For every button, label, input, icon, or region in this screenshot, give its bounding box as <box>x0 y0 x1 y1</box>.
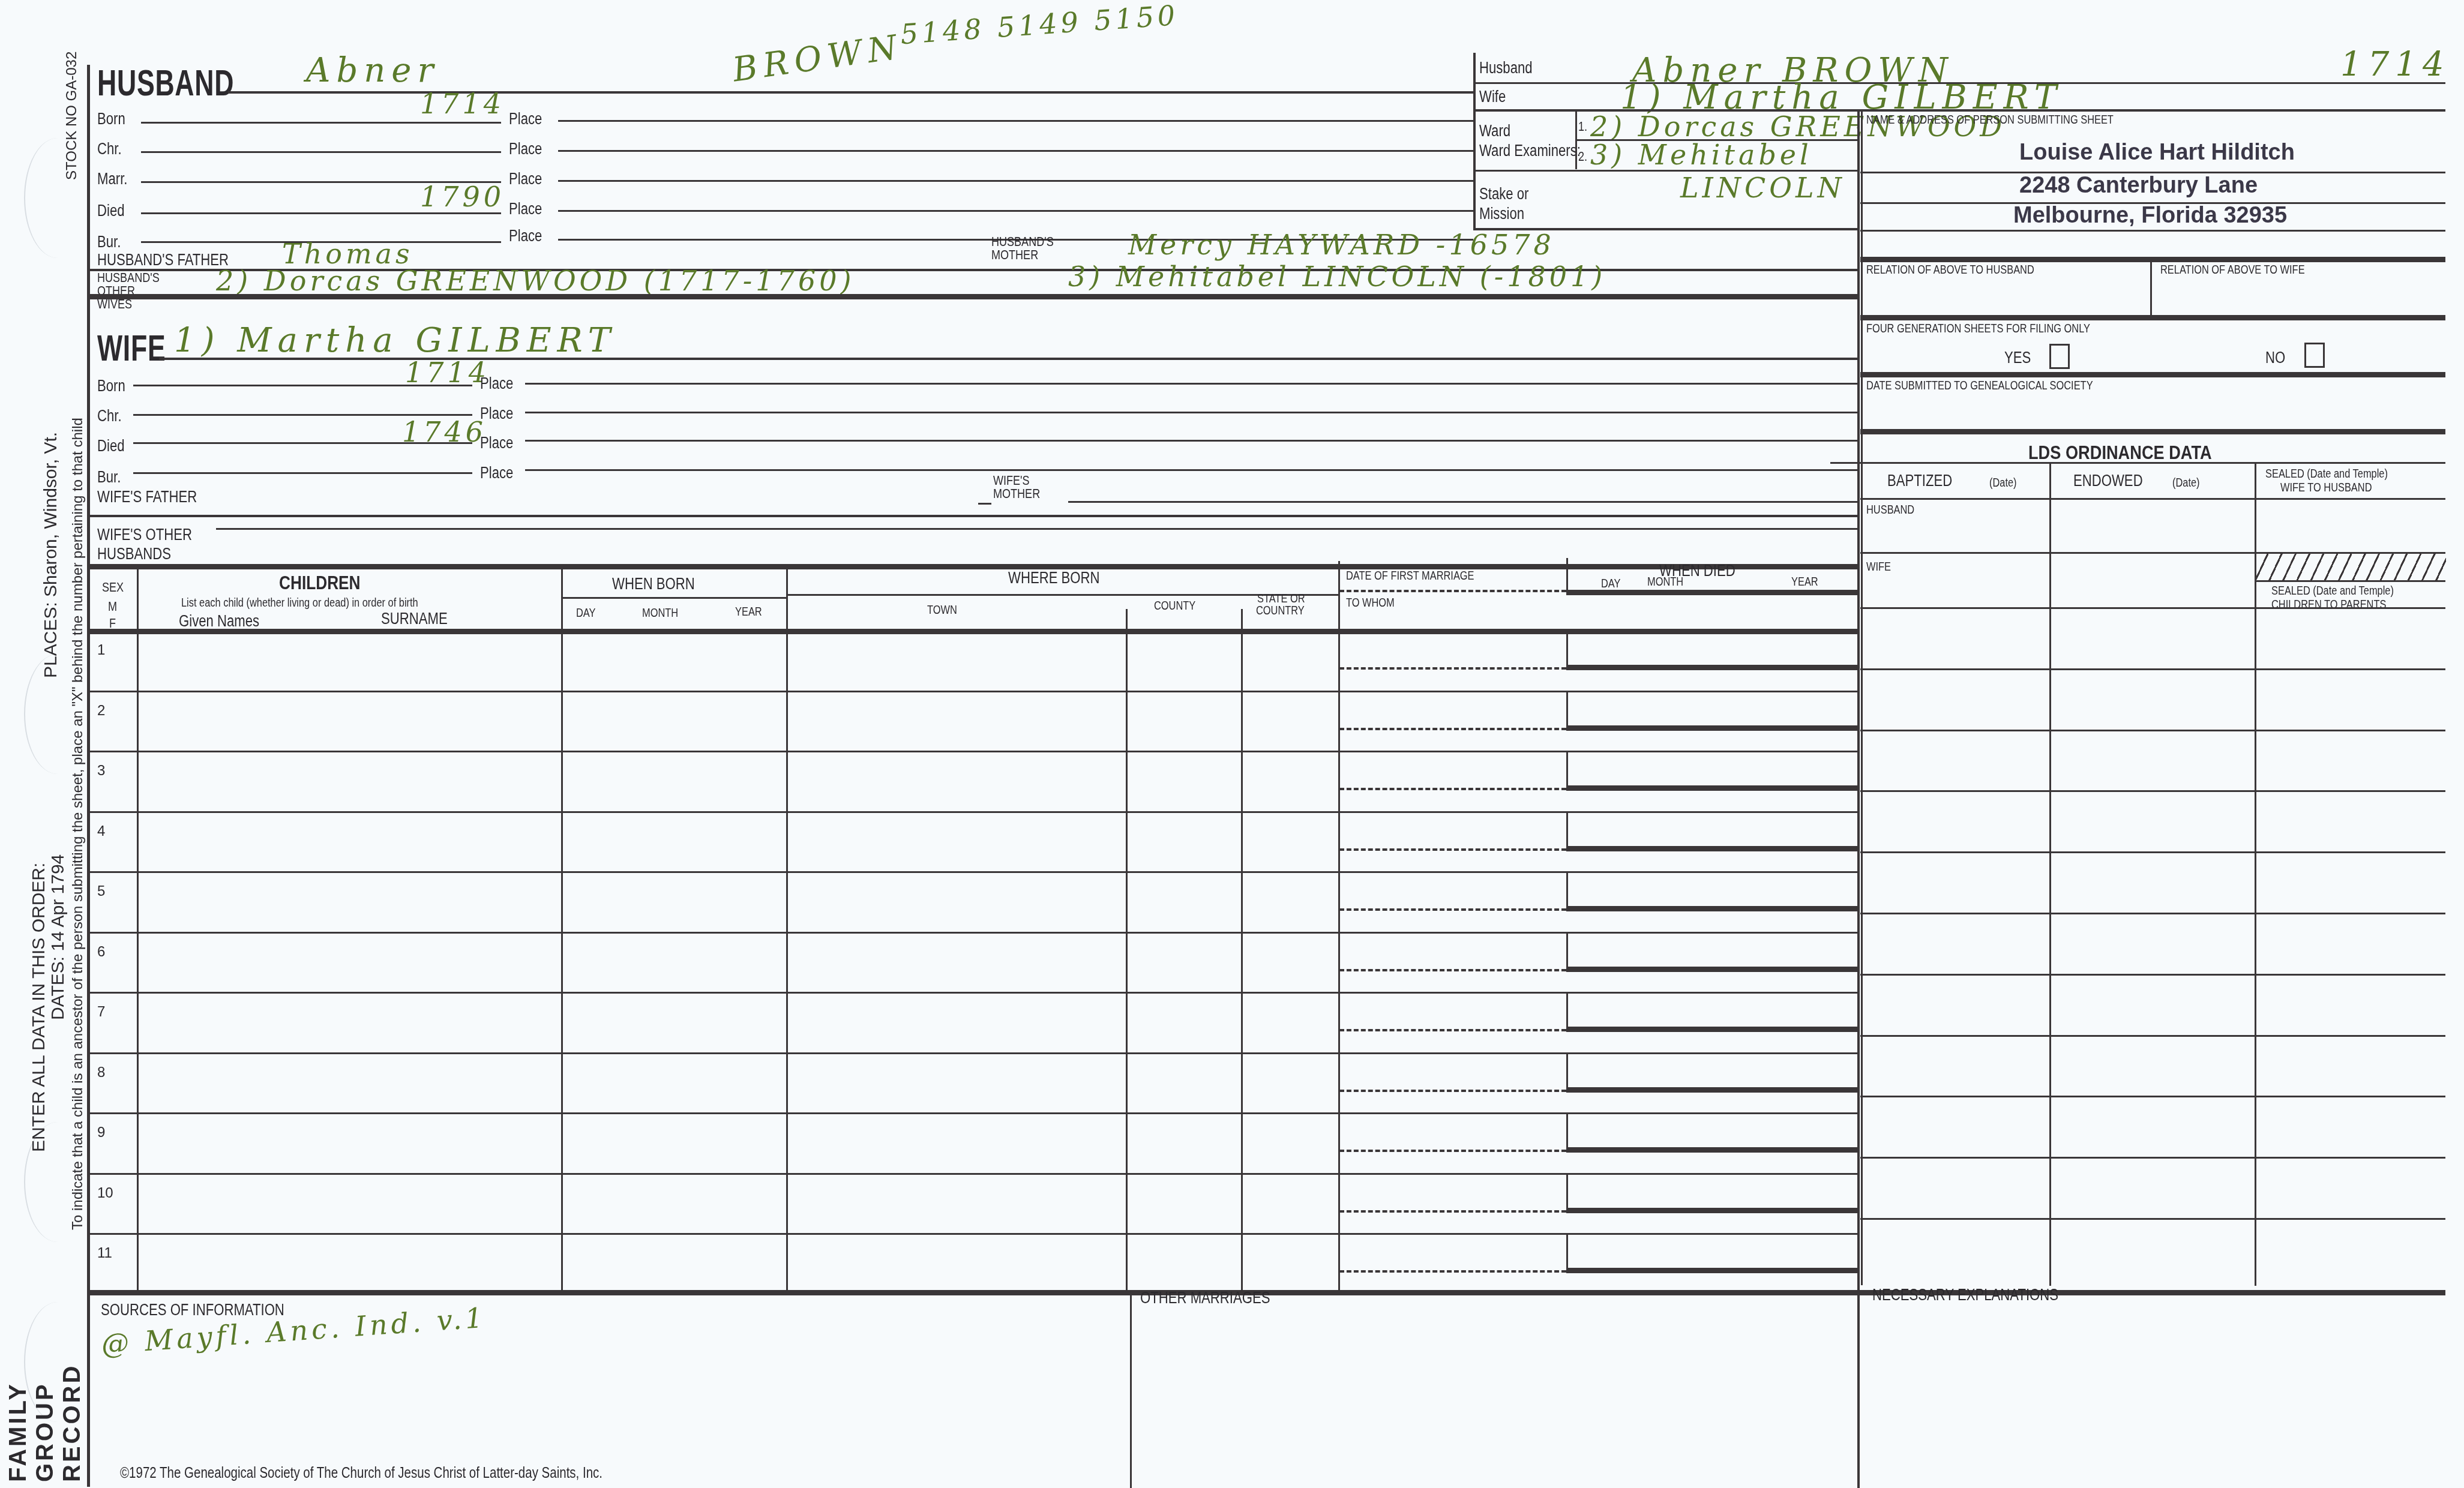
submitter-label: NAME & ADDRESS OF PERSON SUBMITTING SHEE… <box>1866 114 2114 126</box>
died-box-rule <box>1566 1087 1857 1093</box>
rule <box>786 594 1338 596</box>
lds-row-rule <box>1860 730 2445 731</box>
child-row-number: 10 <box>97 1185 113 1202</box>
rule <box>558 210 1473 212</box>
child-row-number: 6 <box>97 944 105 961</box>
husband-mother-label: HUSBAND'S MOTHER <box>991 235 1050 262</box>
rule <box>978 503 991 505</box>
binder-hole <box>24 138 91 258</box>
husband-name-line <box>228 91 1473 94</box>
examiner-2-value[interactable]: 3) Mehitabel <box>1590 141 1812 169</box>
died-box-rule <box>1566 1174 1568 1211</box>
child-name-cell[interactable] <box>138 692 558 749</box>
ward-label: Ward <box>1479 123 1510 139</box>
lds-row-rule <box>1860 1035 2445 1037</box>
child-name-cell[interactable] <box>138 812 558 869</box>
child-name-cell[interactable] <box>138 993 558 1050</box>
child-row-number: 8 <box>97 1064 105 1081</box>
rule <box>1130 1290 1132 1488</box>
sex-m: M <box>108 600 117 613</box>
lds-row-rule <box>1860 974 2445 976</box>
died-box-rule <box>1566 1054 1568 1091</box>
submitter-city[interactable]: Melbourne, Florida 32935 <box>2013 204 2287 227</box>
dates-instruction: DATES: 14 Apr 1794 <box>49 854 67 1020</box>
relation-wife-label: RELATION OF ABOVE TO WIFE <box>2160 264 2305 276</box>
yes-label: YES <box>2004 350 2031 366</box>
right-panel-border <box>1857 109 1860 1488</box>
lds-row-rule <box>1860 607 2445 609</box>
rule <box>1473 53 1476 230</box>
left-border <box>87 65 90 1487</box>
submitter-name[interactable]: Louise Alice Hart Hilditch <box>2019 141 2295 164</box>
husband-heading: HUSBAND <box>97 65 234 102</box>
lds-row-rule <box>1860 851 2445 853</box>
rule <box>1860 462 2445 464</box>
husband-died-date[interactable]: 1790 <box>420 183 505 211</box>
place-label: Place <box>509 228 542 244</box>
rule <box>2049 462 2051 1286</box>
rule <box>87 294 1857 299</box>
husband-bur-label: Bur. <box>97 234 121 250</box>
wife-mother-label: WIFE'S MOTHER <box>993 474 1047 500</box>
sex-f: F <box>109 617 116 630</box>
husband-born-label: Born <box>97 111 125 127</box>
rule <box>1860 230 2445 232</box>
rule <box>525 440 1857 442</box>
ward-wife-label: Wife <box>1479 89 1506 105</box>
lds-row-rule <box>1860 1218 2445 1220</box>
children-subtitle: List each child (whether living or dead)… <box>181 597 418 609</box>
other-marriages-label: OTHER MARRIAGES <box>1140 1290 1270 1306</box>
died-box-rule <box>1566 692 1568 729</box>
right-panel-border <box>1861 109 1863 1285</box>
no-checkbox[interactable] <box>2304 343 2325 368</box>
died-box-rule <box>1566 1234 1568 1271</box>
lds-title: LDS ORDINANCE DATA <box>2028 443 2212 462</box>
marriage-dashed-rule <box>1339 667 1566 670</box>
husband-father-label: HUSBAND'S FATHER <box>97 252 229 268</box>
wife-name[interactable]: 1) Martha GILBERT <box>174 324 616 358</box>
child-name-cell[interactable] <box>138 752 558 809</box>
child-row-number: 11 <box>97 1245 112 1262</box>
died-box-rule <box>1566 665 1857 670</box>
child-name-cell[interactable] <box>138 1114 558 1171</box>
sex-label: SEX <box>102 581 124 594</box>
died-box-rule <box>1566 785 1857 791</box>
husband-mother-value[interactable]: Mercy HAYWARD -16578 <box>1128 231 1555 259</box>
four-generation-label: FOUR GENERATION SHEETS FOR FILING ONLY <box>1866 323 2090 335</box>
child-row-number: 2 <box>97 703 105 719</box>
state-header-2: COUNTRY <box>1256 605 1305 617</box>
rule <box>525 383 1857 385</box>
baptized-date-hint: (Date) <box>1989 477 2017 489</box>
rule <box>1473 228 1857 230</box>
copyright: ©1972 The Genealogical Society of The Ch… <box>120 1466 602 1481</box>
died-box-rule <box>1566 993 1568 1030</box>
died-box-rule <box>1566 812 1568 850</box>
died-box-rule <box>1566 752 1568 789</box>
born-day-header: DAY <box>576 607 596 619</box>
husband-other-wife-3[interactable]: 3) Mehitabel LINCOLN (-1801) <box>1068 263 1606 290</box>
died-month-header: MONTH <box>1647 576 1683 588</box>
died-box-rule <box>1566 1114 1568 1151</box>
places-instruction: PLACES: Sharon, Windsor, Vt. <box>42 432 60 678</box>
rule <box>1860 429 2445 434</box>
died-box-rule <box>1566 872 1568 910</box>
rule <box>141 122 501 124</box>
sealed-wife-husband-1: SEALED (Date and Temple) <box>2265 468 2388 480</box>
ward-examiners-label: Ward Examiners: <box>1479 143 1581 159</box>
dashed-rule <box>1339 590 1566 592</box>
first-marriage-header: DATE OF FIRST MARRIAGE <box>1346 570 1474 582</box>
rule <box>1860 257 2445 262</box>
child-row-number: 5 <box>97 883 105 900</box>
lds-row-rule <box>1860 913 2445 914</box>
wife-born-label: Born <box>97 378 125 394</box>
died-box-rule <box>1566 1027 1857 1032</box>
col-rule <box>1241 609 1243 1290</box>
sources-label: SOURCES OF INFORMATION <box>101 1302 284 1318</box>
submitter-street[interactable]: 2248 Canterbury Lane <box>2019 174 2258 197</box>
rule <box>1830 462 1860 464</box>
died-box-rule <box>1566 846 1857 851</box>
lds-row-rule <box>1860 1096 2445 1097</box>
when-born-header: WHEN BORN <box>612 576 695 592</box>
lds-row-rule <box>1860 1157 2445 1159</box>
sealed-children-parents-1: SEALED (Date and Temple) <box>2271 585 2394 597</box>
marriage-dashed-rule <box>1339 908 1566 911</box>
ward-husband-year[interactable]: 1714 <box>2340 48 2450 82</box>
town-header: TOWN <box>927 604 957 616</box>
date-submitted-label: DATE SUBMITTED TO GENEALOGICAL SOCIETY <box>1866 380 2093 392</box>
wife-died-date[interactable]: 1746 <box>402 418 487 446</box>
form-title-record: RECORD <box>60 1364 84 1482</box>
children-title: CHILDREN <box>279 573 361 592</box>
yes-checkbox[interactable] <box>2049 344 2070 369</box>
rule <box>2150 258 2152 316</box>
marriage-dashed-rule <box>1339 1210 1566 1213</box>
rule <box>558 150 1473 152</box>
form-title-group: GROUP <box>33 1382 57 1482</box>
marriage-dashed-rule <box>1339 788 1566 790</box>
endowed-label: ENDOWED <box>2073 473 2143 489</box>
record-numbers: 5148 5149 5150 <box>900 1 1180 48</box>
place-label: Place <box>509 141 542 157</box>
husband-father-value[interactable]: Thomas <box>282 240 413 268</box>
place-label: Place <box>480 465 513 481</box>
examiner-1-label: 1. <box>1578 120 1587 133</box>
county-header: COUNTY <box>1154 600 1195 612</box>
husband-other-wife-2[interactable]: 2) Dorcas GREENWOOD (1717-1760) <box>216 267 855 295</box>
died-box-rule <box>1566 967 1857 972</box>
examiner-2-label: 2. <box>1578 150 1587 163</box>
rule <box>561 597 786 599</box>
surname-header: SURNAME <box>381 611 448 627</box>
child-name-cell[interactable] <box>138 872 558 929</box>
rule <box>141 151 501 153</box>
wife-other-husbands-label-2: HUSBANDS <box>97 546 171 562</box>
sealed-wife-husband-2: WIFE TO HUSBAND <box>2280 482 2372 494</box>
died-year-header: YEAR <box>1791 576 1818 588</box>
husband-given-name[interactable]: Abner <box>306 54 439 88</box>
where-born-header: WHERE BORN <box>1008 570 1100 586</box>
rule <box>1860 315 2445 320</box>
hatched-cell <box>2255 553 2446 580</box>
husband-surname[interactable]: BROWN <box>730 30 905 87</box>
child-name-cell[interactable] <box>138 1054 558 1111</box>
lds-husband-label: HUSBAND <box>1866 504 1914 516</box>
stake-value[interactable]: LINCOLN <box>1680 174 1845 202</box>
died-box-rule <box>1566 631 1568 668</box>
child-name-cell[interactable] <box>138 1174 558 1231</box>
marriage-dashed-rule <box>1339 848 1566 851</box>
rule <box>2255 580 2445 582</box>
to-whom-header: TO WHOM <box>1346 597 1395 609</box>
husband-other-wives-label: HUSBAND'S OTHER WIVES <box>97 271 156 311</box>
child-name-cell[interactable] <box>138 933 558 990</box>
place-label: Place <box>509 201 542 217</box>
rule <box>558 180 1473 182</box>
given-names-header: Given Names <box>179 613 259 629</box>
rule <box>87 515 1857 517</box>
necessary-explanations-label: NECESSARY EXPLANATIONS <box>1872 1287 2058 1303</box>
mission-label: Mission <box>1479 206 1524 222</box>
rule <box>1860 498 2445 500</box>
died-box-rule <box>1566 1208 1857 1213</box>
died-box-rule <box>1566 725 1857 731</box>
rule <box>2255 462 2256 1286</box>
child-row-number: 1 <box>97 642 105 659</box>
place-label: Place <box>480 435 513 451</box>
sealed-children-parents-2: CHILDREN TO PARENTS <box>2271 599 2386 611</box>
wife-other-husbands-label-1: WIFE'S OTHER <box>97 527 192 543</box>
died-box-rule <box>1566 1268 1857 1273</box>
child-row-number: 7 <box>97 1004 105 1021</box>
place-label: Place <box>509 171 542 187</box>
relation-husband-label: RELATION OF ABOVE TO HUSBAND <box>1866 264 2034 276</box>
rule <box>216 528 1857 530</box>
enter-order-instruction: ENTER ALL DATA IN THIS ORDER: <box>30 863 48 1152</box>
child-row-number: 4 <box>97 823 105 840</box>
marriage-dashed-rule <box>1339 728 1566 730</box>
marriage-dashed-rule <box>1339 1270 1566 1273</box>
died-box-rule <box>1566 933 1568 970</box>
stake-label: Stake or <box>1479 186 1528 202</box>
rule <box>1860 372 2445 377</box>
col-rule <box>1566 558 1568 593</box>
wife-heading: WIFE <box>97 330 166 367</box>
marriage-dashed-rule <box>1339 1150 1566 1152</box>
endowed-date-hint: (Date) <box>2172 477 2200 489</box>
form-title-family: FAMILY <box>6 1382 30 1482</box>
child-name-cell[interactable] <box>138 631 558 688</box>
rule <box>558 120 1473 122</box>
rule <box>87 564 1857 569</box>
born-month-header: MONTH <box>642 607 678 619</box>
wife-died-label: Died <box>97 438 125 454</box>
col-rule <box>786 567 788 1290</box>
born-year-header: YEAR <box>735 606 762 618</box>
marriage-dashed-rule <box>1339 969 1566 971</box>
col-rule <box>561 567 563 1290</box>
died-box-rule <box>1566 1147 1857 1153</box>
rule <box>1566 590 1857 595</box>
lds-row-rule <box>1860 668 2445 670</box>
place-label: Place <box>509 111 542 127</box>
baptized-label: BAPTIZED <box>1887 473 1952 489</box>
died-day-header: DAY <box>1601 578 1621 590</box>
marriage-dashed-rule <box>1339 1090 1566 1092</box>
place-label: Place <box>480 376 513 392</box>
rule <box>525 412 1857 413</box>
lds-row-rule <box>1860 790 2445 792</box>
ancestor-instruction: To indicate that a child is an ancestor … <box>71 418 85 1230</box>
husband-marr-label: Marr. <box>97 171 127 187</box>
rule <box>133 472 472 474</box>
wife-born-date[interactable]: 1714 <box>405 359 490 386</box>
husband-chr-label: Chr. <box>97 141 122 157</box>
wife-father-label: WIFE'S FATHER <box>97 489 197 505</box>
stock-number: STOCK NO GA-032 <box>65 52 79 180</box>
state-header-1: STATE OR <box>1257 593 1305 605</box>
husband-died-label: Died <box>97 203 125 219</box>
rule <box>1068 501 1857 503</box>
died-box-rule <box>1566 906 1857 911</box>
wife-chr-label: Chr. <box>97 408 122 424</box>
wife-bur-label: Bur. <box>97 469 121 485</box>
husband-born-date[interactable]: 1714 <box>420 90 505 118</box>
marriage-dashed-rule <box>1339 1029 1566 1031</box>
rule <box>525 469 1857 471</box>
child-name-cell[interactable] <box>138 1234 558 1291</box>
lds-wife-label: WIFE <box>1866 561 1891 573</box>
no-label: NO <box>2265 350 2285 366</box>
col-rule <box>1126 609 1128 1290</box>
col-rule <box>1338 561 1340 1290</box>
child-row-number: 9 <box>97 1124 105 1141</box>
child-row-number: 3 <box>97 763 105 779</box>
ward-husband-label: Husband <box>1479 60 1533 76</box>
